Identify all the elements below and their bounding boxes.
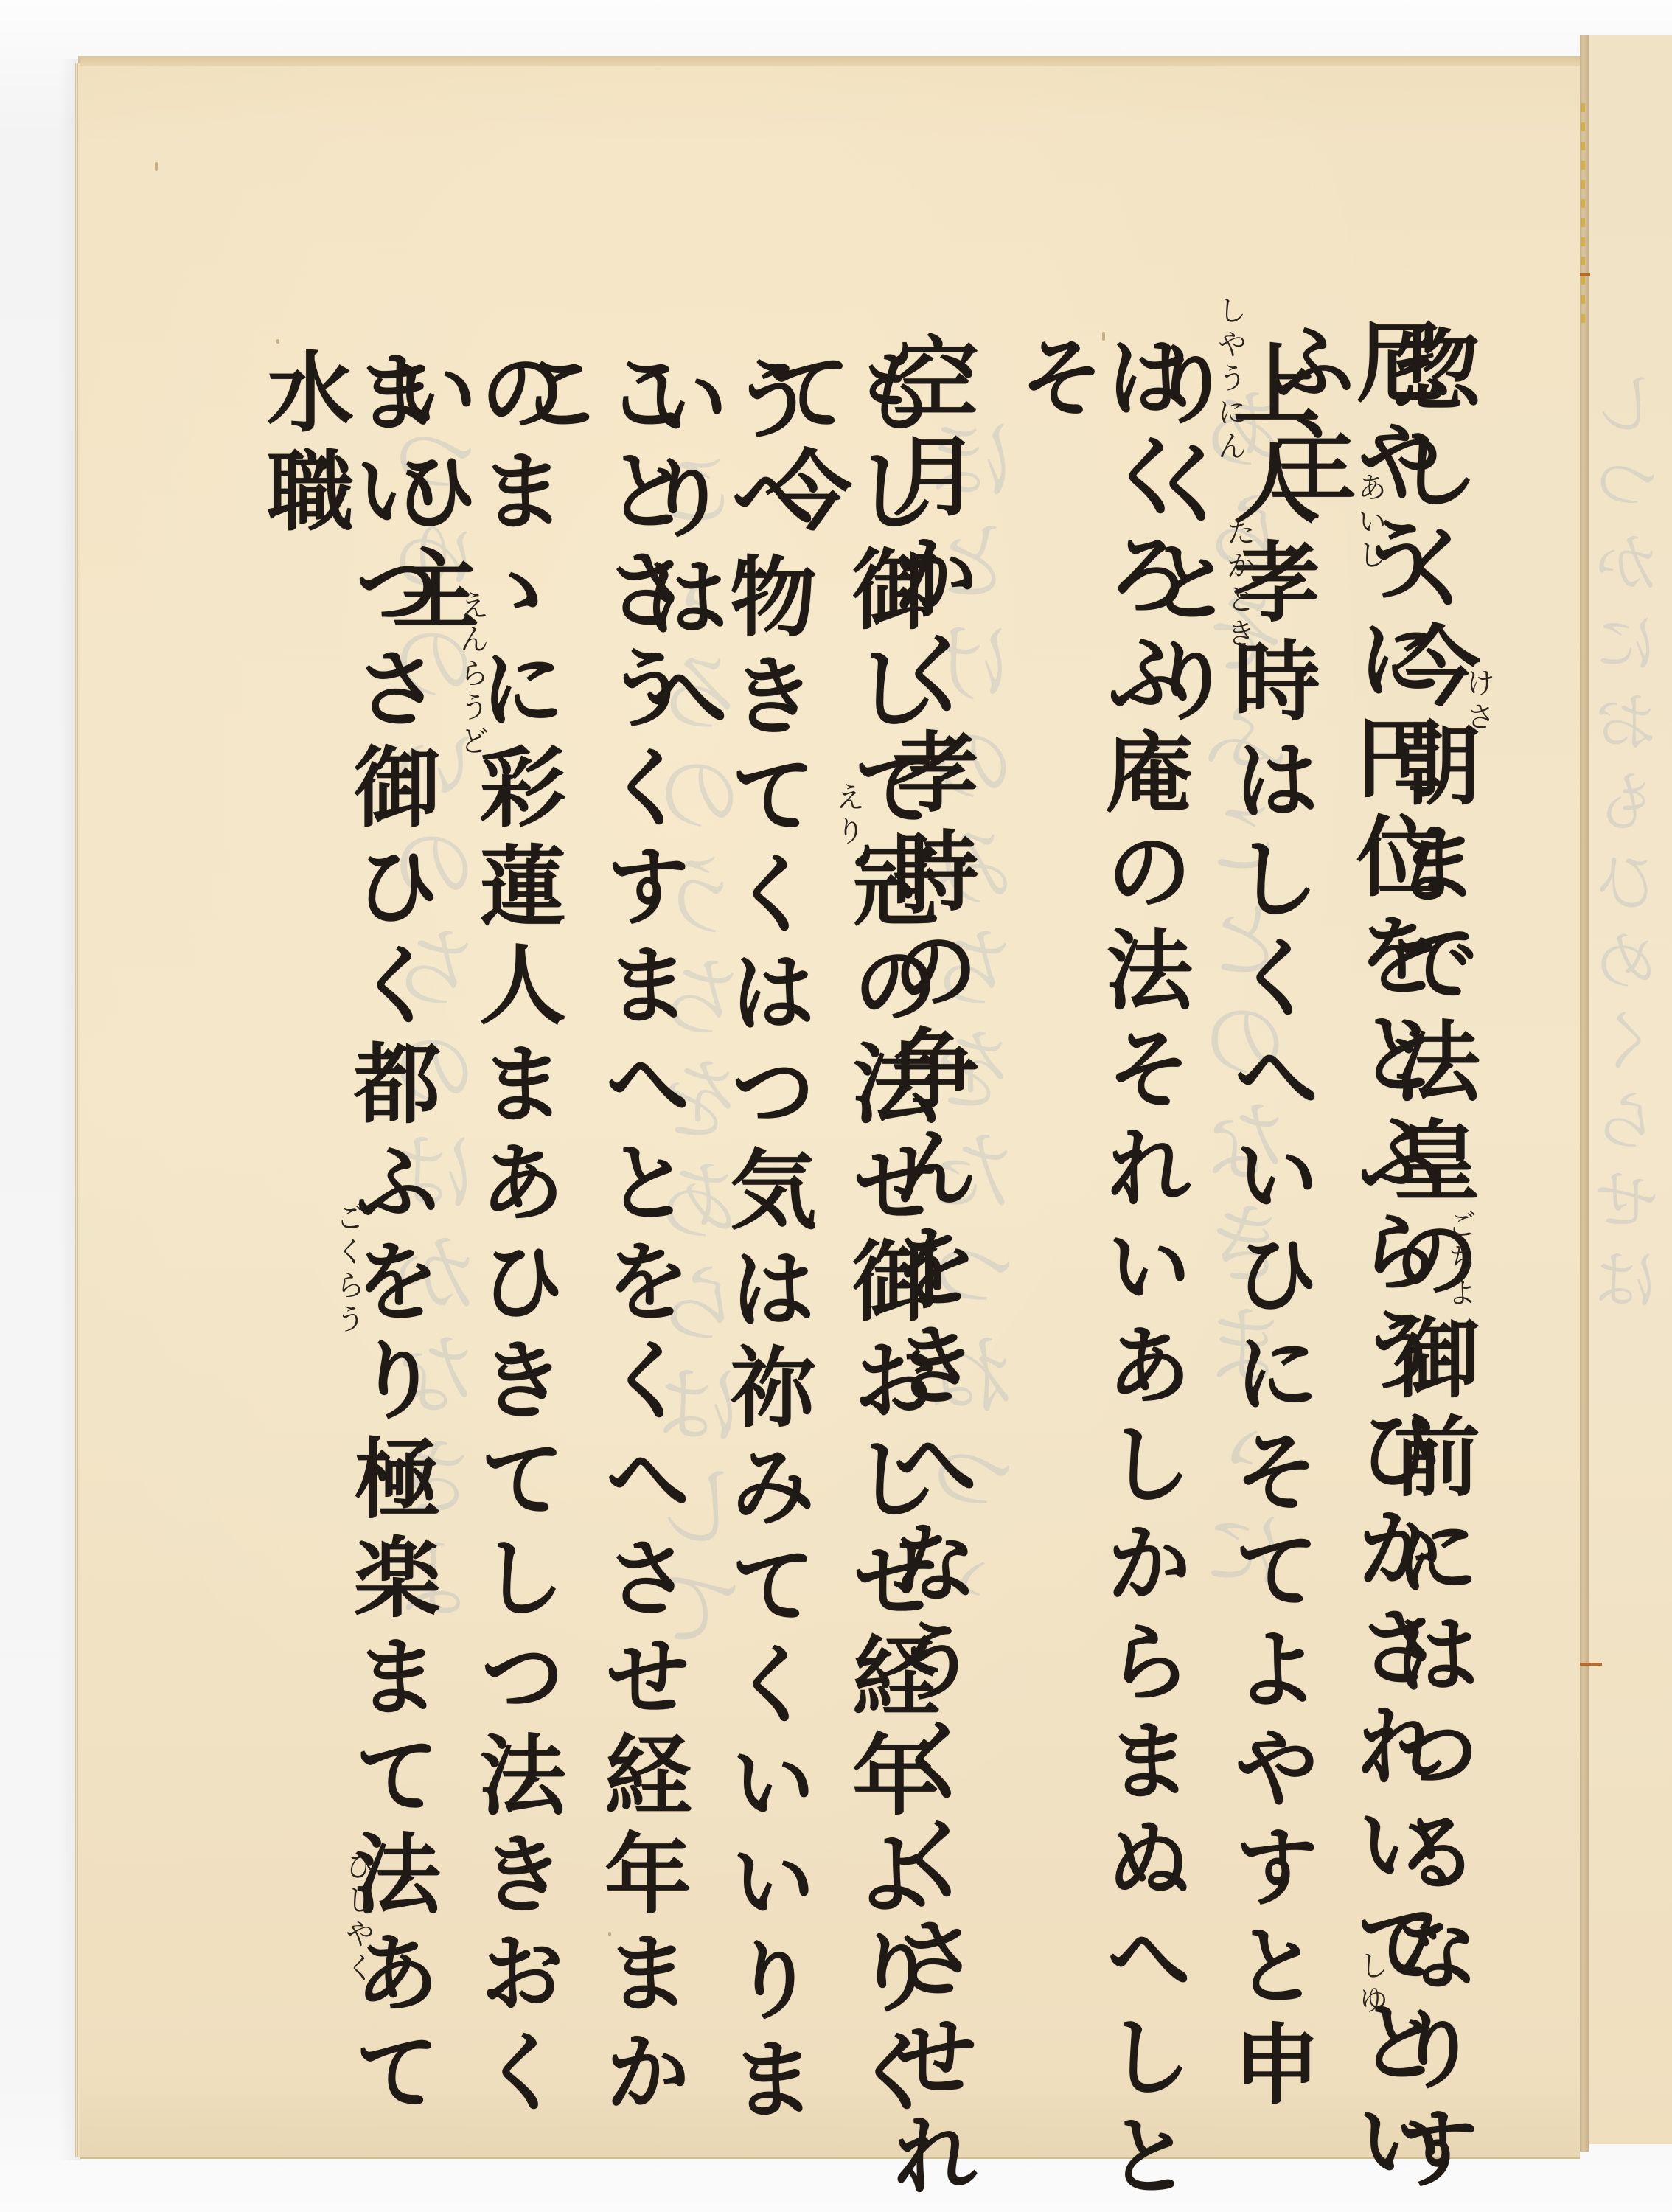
furigana: しゆ: [1356, 1950, 1386, 2018]
furigana: ごちよ: [1445, 1209, 1474, 1311]
binding-thread: [1580, 273, 1590, 276]
furigana: たかとき: [1224, 516, 1253, 652]
gutter-binding-residue: [1581, 103, 1585, 324]
ghost-text: しつかにおもひめくらせは: [1600, 369, 1666, 1324]
paper-speck: [155, 162, 158, 171]
page-stack-edge: [75, 63, 80, 2157]
furigana: あいし: [1355, 472, 1384, 574]
paper-speck: [276, 339, 279, 344]
paper-speck: [608, 1932, 611, 1936]
book-gutter: [1580, 35, 1589, 2152]
furigana: えんらうど: [457, 590, 487, 759]
furigana: ごくらう: [333, 1202, 363, 1338]
furigana: ひしやく: [343, 1851, 372, 1986]
binding-thread: [1580, 1663, 1602, 1666]
furigana: しやうにん: [1215, 295, 1244, 465]
furigana: けさ: [1463, 667, 1493, 735]
furigana: えり: [833, 782, 863, 849]
text-column-4: はくろふ庵の法それいあしからまぬへしとそ: [1011, 332, 1185, 2212]
paper-speck: [1102, 332, 1105, 341]
